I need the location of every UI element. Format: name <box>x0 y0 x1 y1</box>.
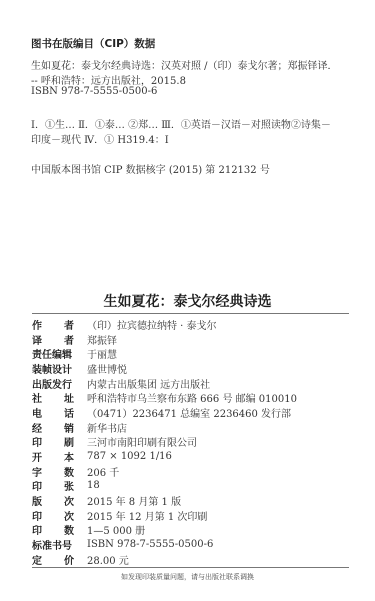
detail-row-edition: 版次2015 年 8 月第 1 版 <box>32 493 297 508</box>
detail-value: 18 <box>87 480 100 491</box>
cip-citation-line-2: -- 呼和浩特：远方出版社，2015.8 <box>31 72 186 87</box>
detail-label: 电话 <box>32 405 74 420</box>
detail-label: 字数 <box>32 464 74 479</box>
detail-value: 2015 年 8 月第 1 版 <box>87 493 181 508</box>
detail-label: 开本 <box>32 449 74 464</box>
detail-value: 新华书店 <box>87 420 127 435</box>
detail-value: 郑振铎 <box>87 332 117 347</box>
publication-details: 作者（印）拉宾德拉纳特 · 泰戈尔 译者郑振铎 责任编辑于丽慧 装帧设计盛世博悦… <box>32 317 297 567</box>
detail-row-distributor: 经销新华书店 <box>32 420 297 435</box>
detail-value: 盛世博悦 <box>87 361 127 376</box>
quality-notice: 如发现印装质量问题，请与出版社联系调换 <box>0 572 375 582</box>
detail-row-design: 装帧设计盛世博悦 <box>32 361 297 376</box>
detail-label: 印刷 <box>32 434 74 449</box>
cip-citation-line-1: 生如夏花：泰戈尔经典诗选：汉英对照 /（印）泰戈尔著；郑振铎译． <box>31 57 338 72</box>
detail-value: 28.00 元 <box>87 552 129 567</box>
cip-record-number: 中国版本图书馆 CIP 数据核字 (2015) 第 212132 号 <box>31 161 270 176</box>
detail-label: 定价 <box>32 552 74 567</box>
detail-label: 印数 <box>32 522 74 537</box>
detail-label: 装帧设计 <box>32 361 87 376</box>
detail-label: 印次 <box>32 508 74 523</box>
detail-row-word-count: 字数206 千 <box>32 464 297 479</box>
title-rule <box>32 313 349 314</box>
detail-row-editor: 责任编辑于丽慧 <box>32 346 297 361</box>
detail-label: 经销 <box>32 420 74 435</box>
detail-label: 出版发行 <box>32 376 87 391</box>
detail-row-print-run: 印数1—5 000 册 <box>32 523 297 538</box>
book-title: 生如夏花：泰戈尔经典诗选 <box>0 291 375 311</box>
bottom-rule <box>32 567 349 568</box>
detail-value: 206 千 <box>87 464 119 479</box>
detail-row-price: 定价28.00 元 <box>32 552 297 567</box>
detail-value: 787 × 1092 1/16 <box>87 451 172 462</box>
detail-value: 2015 年 12 月第 1 次印刷 <box>87 508 207 523</box>
detail-label: 社址 <box>32 390 74 405</box>
detail-value: 内蒙古出版集团 远方出版社 <box>87 376 210 391</box>
detail-value: 于丽慧 <box>87 346 117 361</box>
detail-row-phone: 电话（0471）2236471 总编室 2236460 发行部 <box>32 405 297 420</box>
detail-row-isbn: 标准书号ISBN 978-7-5555-0500-6 <box>32 537 297 552</box>
detail-value: ISBN 978-7-5555-0500-6 <box>87 539 213 550</box>
detail-row-printer: 印刷三河市南阳印刷有限公司 <box>32 435 297 450</box>
detail-label: 印张 <box>32 478 74 493</box>
cip-classification-line-2: 印度－现代 Ⅳ．① H319.4：Ⅰ <box>31 131 169 146</box>
detail-value: 三河市南阳印刷有限公司 <box>87 434 197 449</box>
detail-label: 译者 <box>32 332 74 347</box>
detail-value: （印）拉宾德拉纳特 · 泰戈尔 <box>87 317 217 332</box>
detail-row-translator: 译者郑振铎 <box>32 332 297 347</box>
detail-row-author: 作者（印）拉宾德拉纳特 · 泰戈尔 <box>32 317 297 332</box>
detail-value: 1—5 000 册 <box>87 522 145 537</box>
cip-heading: 图书在版编目（CIP）数据 <box>31 36 155 51</box>
detail-row-address: 社址呼和浩特市乌兰察布东路 666 号 邮编 010010 <box>32 390 297 405</box>
detail-row-sheets: 印张18 <box>32 479 297 494</box>
detail-label: 责任编辑 <box>32 346 87 361</box>
detail-row-publisher: 出版发行内蒙古出版集团 远方出版社 <box>32 376 297 391</box>
detail-value: （0471）2236471 总编室 2236460 发行部 <box>87 405 291 420</box>
detail-row-format: 开本787 × 1092 1/16 <box>32 449 297 464</box>
detail-label: 作者 <box>32 317 74 332</box>
detail-value: 呼和浩特市乌兰察布东路 666 号 邮编 010010 <box>87 390 297 405</box>
cip-classification-line-1: Ⅰ．①生… Ⅱ．①泰… ②郑… Ⅲ．①英语－汉语－对照读物②诗集－ <box>31 116 331 131</box>
detail-label: 标准书号 <box>32 537 87 552</box>
detail-row-printing: 印次2015 年 12 月第 1 次印刷 <box>32 508 297 523</box>
detail-label: 版次 <box>32 493 74 508</box>
cip-isbn-line: ISBN 978-7-5555-0500-6 <box>31 86 157 97</box>
